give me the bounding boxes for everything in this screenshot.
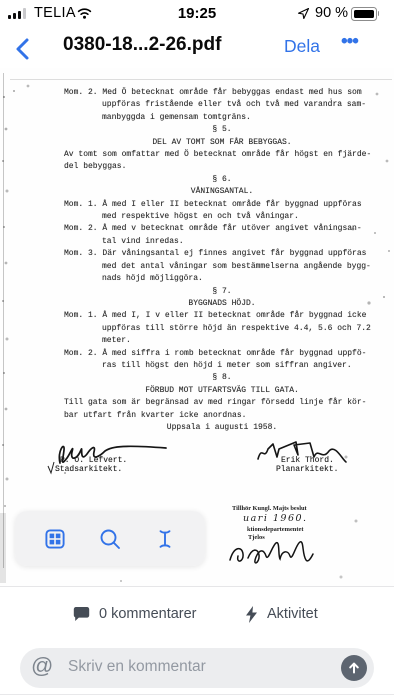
back-chevron-button[interactable] [12,37,36,61]
document-line: Mom. 1. Å med I eller II betecknat områd… [64,199,380,211]
comments-count-label: 0 kommentarer [99,606,197,622]
battery-percent-label: 90 % [315,5,348,21]
phone-screen: TELIA 19:25 90 % 0380-18...2-26.pdf Dela… [0,0,394,700]
document-line: nads höjd möjliggöra. [64,273,380,285]
scan-smudge [0,513,6,583]
document-line: del bebyggas. [64,161,380,173]
document-line: Mom. 2. Å med siffra i romb betecknat om… [64,348,380,360]
signature-title-left: Stadsarkitekt. [55,465,122,474]
document-line: med det antal våningar som bestämmelsern… [64,261,380,273]
document-line: meter. [64,335,380,347]
activity-label: Aktivitet [267,606,318,622]
signature-title-right: Planarkitekt. [276,465,338,474]
document-line: Mom. 1. Å med I, I v eller II betecknat … [64,310,380,322]
send-comment-button[interactable] [341,655,367,681]
document-line: Mom. 3. Där våningsantal ej finnes angiv… [64,248,380,260]
comments-button[interactable]: 0 kommentarer [73,603,197,625]
document-line: med respektive högst en och två våningar… [64,211,380,223]
document-line: Av tomt som omfattar med Ö betecknat omr… [64,149,380,161]
comment-placeholder: Skriv en kommentar [68,658,206,676]
mention-icon[interactable]: @ [31,653,53,679]
document-line: VÅNINGSANTAL. [64,186,380,198]
document-line: DEL AV TOMT SOM FÅR BEBYGGAS. [64,137,380,149]
document-line: Mom. 2. Å med v betecknat område får utö… [64,223,380,235]
document-line: FÖRBUD MOT UTFARTSVÄG TILL GATA. [64,385,380,397]
thumbnails-icon[interactable] [40,524,70,554]
document-line: BYGGNADS HÖJD. [64,298,380,310]
document-line: Uppsala i augusti 1958. [64,422,380,434]
document-title: 0380-18...2-26.pdf [63,34,221,56]
document-line: uppföras fristående eller två och två me… [64,99,380,111]
page-edge-line [10,79,392,80]
stamp-line-3: ktionsdepartementet [247,526,303,533]
document-line: Mom. 2. Med Ö betecknat område får bebyg… [64,87,380,99]
document-lines: Mom. 2. Med Ö betecknat område får bebyg… [64,87,380,434]
comment-input[interactable]: @ Skriv en kommentar [20,648,374,688]
document-line: § 8. [64,372,380,384]
stamp-signature [226,540,314,568]
stamp-handwritten-date: uari 1960. [243,513,308,524]
lightning-bolt-icon [245,606,258,623]
document-line: tal vind inredas. [64,236,380,248]
arrow-up-icon [347,661,361,675]
battery-icon [351,7,377,21]
scan-noise [0,68,2,70]
document-line: § 6. [64,174,380,186]
signature-name-left: P. O. Lefvert. [60,456,127,465]
text-select-icon[interactable] [150,524,180,554]
comments-row: 0 kommentarer Aktivitet [0,603,394,625]
pdf-page[interactable]: Mom. 2. Med Ö betecknat område får bebyg… [0,68,394,586]
search-icon[interactable] [95,524,125,554]
nav-bar: 0380-18...2-26.pdf Dela ••• [0,28,394,68]
share-button[interactable]: Dela [284,36,320,57]
activity-button[interactable]: Aktivitet [245,603,318,625]
document-line: ras till högst den höjd i meter som siff… [64,360,380,372]
bottom-divider [0,694,394,695]
page-fold-line [3,73,4,568]
location-arrow-icon [297,7,310,20]
signature-name-right: Erik Thord. [281,456,334,465]
comments-panel: 0 kommentarer Aktivitet @ Skriv en komme… [0,586,394,700]
document-line: § 7. [64,286,380,298]
status-bar: TELIA 19:25 90 % [0,0,394,26]
viewer-toolbar [15,511,205,566]
document-line: uppföras till större höjd än respektive … [64,323,380,335]
document-line: bar utfart från kvarter icke anordnas. [64,410,380,422]
document-line: Till gata som är begränsad av med ringar… [64,397,380,409]
document-line: § 5. [64,124,380,136]
more-options-button[interactable]: ••• [341,31,358,53]
document-line: manbyggda i gemensam tomtgräns. [64,112,380,124]
stamp-line-1: Tillhör Kungl. Majts beslut [232,505,307,512]
speech-bubble-icon [73,606,90,622]
